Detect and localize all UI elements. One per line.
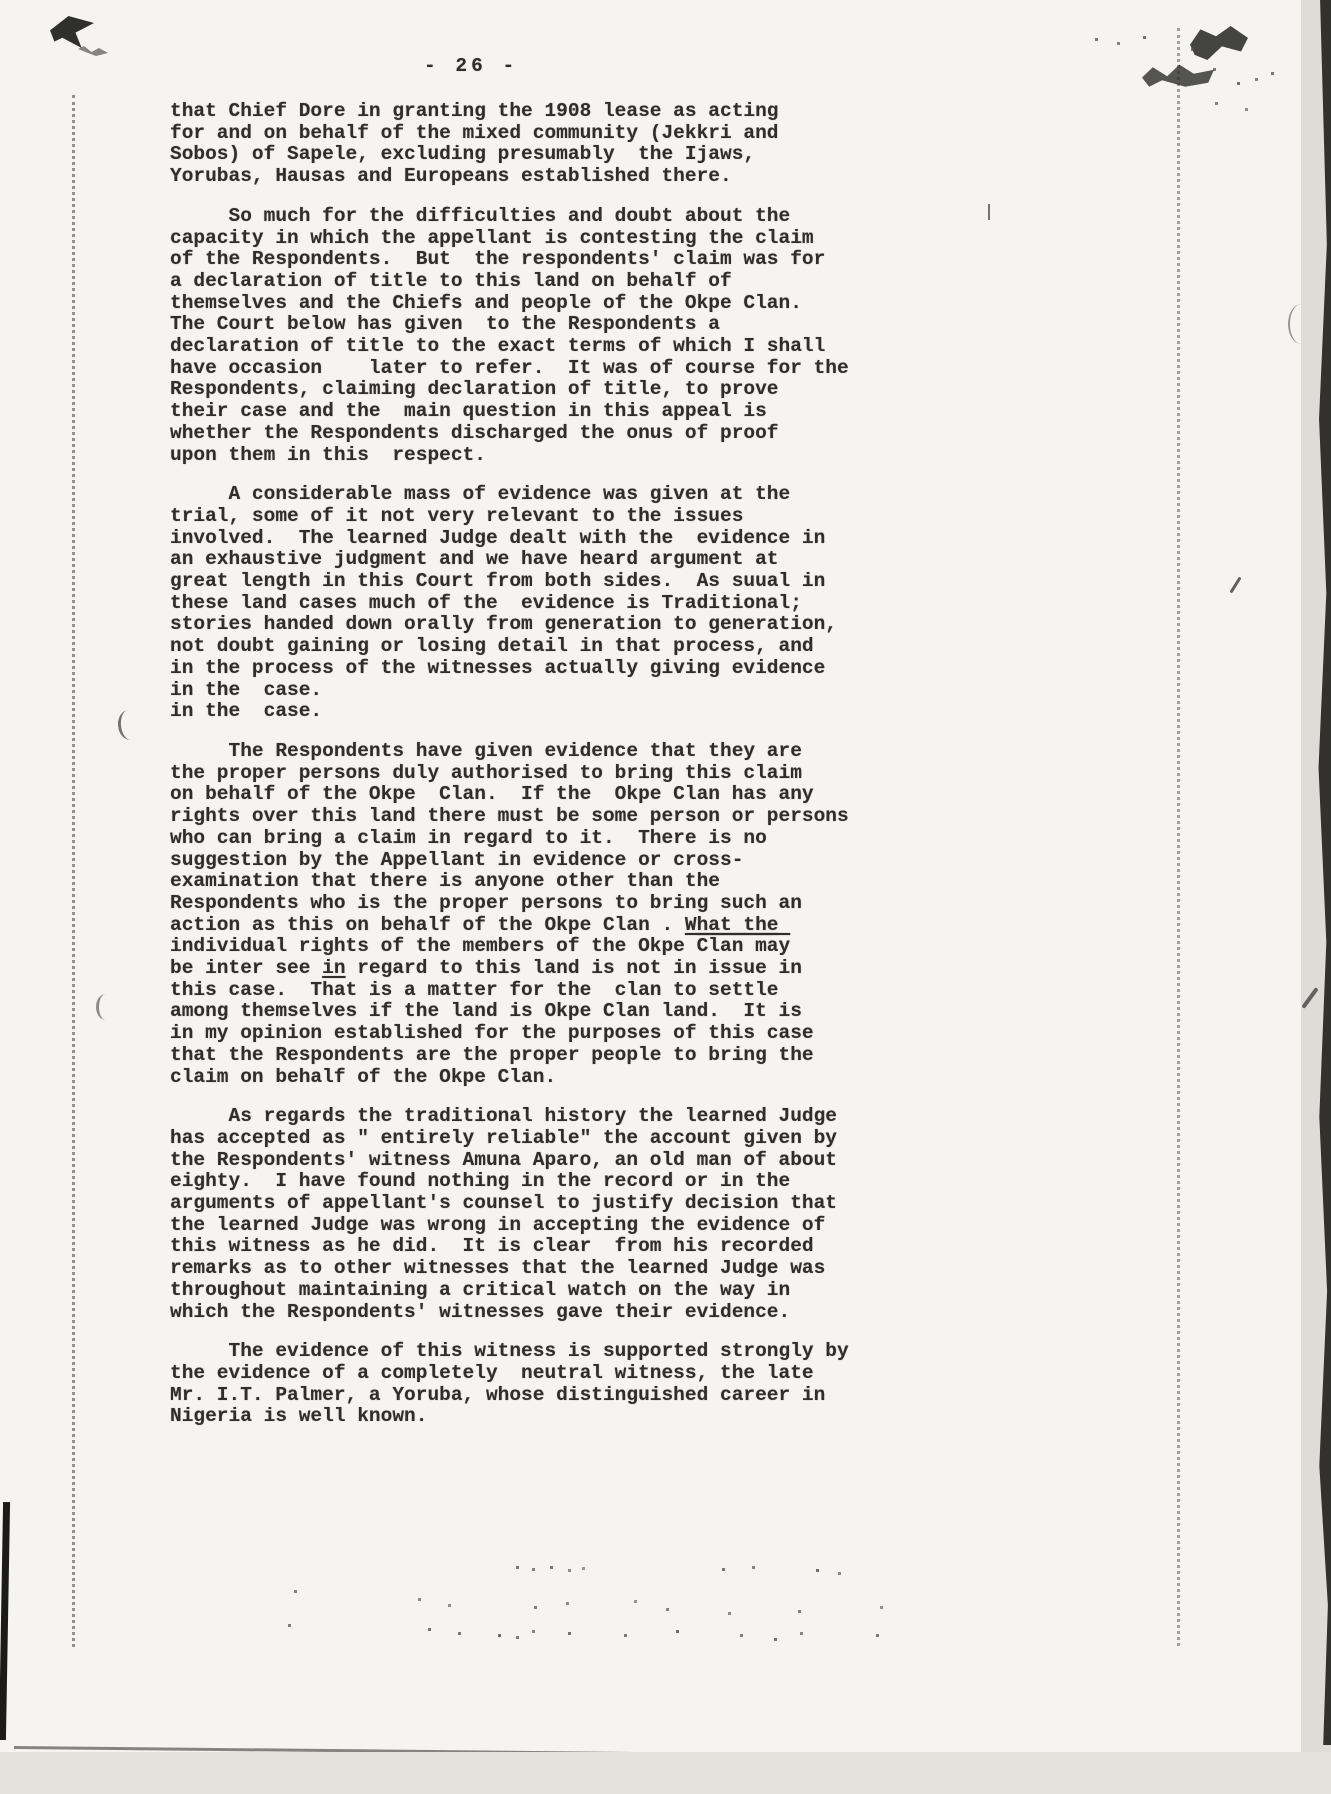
text-segment: A considerable mass of evidence was give…	[170, 483, 790, 505]
paragraph: The Respondents have given evidence that…	[170, 741, 849, 1088]
text-segment: stories handed down orally from generati…	[170, 613, 837, 635]
text-segment: this witness as he did. It is clear from…	[170, 1235, 814, 1257]
text-line: the proper persons duly authorised to br…	[170, 763, 849, 785]
emphasized-text: What the	[685, 914, 779, 936]
paragraph: As regards the traditional history the l…	[170, 1106, 849, 1323]
text-line: great length in this Court from both sid…	[170, 571, 849, 593]
text-segment: the Respondents' witness Amuna Aparo, an…	[170, 1149, 837, 1171]
text-line: upon them in this respect.	[170, 445, 849, 467]
text-line: claim on behalf of the Okpe Clan.	[170, 1067, 849, 1089]
text-segment: Mr. I.T. Palmer, a Yoruba, whose disting…	[170, 1384, 825, 1406]
text-segment: the proper persons duly authorised to br…	[170, 762, 802, 784]
text-line: these land cases much of the evidence is…	[170, 593, 849, 615]
text-line: So much for the difficulties and doubt a…	[170, 206, 849, 228]
text-line: a declaration of title to this land on b…	[170, 271, 849, 293]
text-segment: of the Respondents. But the respondents'…	[170, 248, 825, 270]
paragraph: The evidence of this witness is supporte…	[170, 1341, 849, 1428]
text-segment: suggestion by the Appellant in evidence …	[170, 849, 743, 871]
text-line: involved. The learned Judge dealt with t…	[170, 528, 849, 550]
text-segment: the evidence of a completely neutral wit…	[170, 1362, 814, 1384]
paragraph: that Chief Dore in granting the 1908 lea…	[170, 101, 849, 188]
text-line: Respondents, claiming declaration of tit…	[170, 379, 849, 401]
text-segment: not doubt gaining or losing detail in th…	[170, 635, 814, 657]
text-segment: in my opinion established for the purpos…	[170, 1022, 814, 1044]
text-segment: who can bring a claim in regard to it. T…	[170, 827, 767, 849]
text-line: A considerable mass of evidence was give…	[170, 484, 849, 506]
text-segment: Nigeria is well known.	[170, 1405, 427, 1427]
text-segment: on behalf of the Okpe Clan. If the Okpe …	[170, 783, 814, 805]
text-segment: the learned Judge was wrong in accepting…	[170, 1214, 825, 1236]
text-segment: trial, some of it not very relevant to t…	[170, 505, 743, 527]
text-segment: arguments of appellant's counsel to just…	[170, 1192, 837, 1214]
emphasized-text: in	[322, 957, 345, 979]
text-segment: throughout maintaining a critical watch …	[170, 1279, 790, 1301]
text-line: the Respondents' witness Amuna Aparo, an…	[170, 1150, 849, 1172]
text-segment: that Chief Dore in granting the 1908 lea…	[170, 100, 779, 122]
text-line: declaration of title to the exact terms …	[170, 336, 849, 358]
text-segment: The evidence of this witness is supporte…	[170, 1340, 849, 1362]
text-segment: eighty. I have found nothing in the reco…	[170, 1170, 790, 1192]
text-line: action as this on behalf of the Okpe Cla…	[170, 915, 849, 937]
document-body: that Chief Dore in granting the 1908 lea…	[170, 101, 849, 1446]
text-line: eighty. I have found nothing in the reco…	[170, 1171, 849, 1193]
text-segment: Respondents, claiming declaration of tit…	[170, 378, 779, 400]
text-segment: whether the Respondents discharged the o…	[170, 422, 779, 444]
paragraph: So much for the difficulties and doubt a…	[170, 206, 849, 466]
text-segment: action as this on behalf of the Okpe Cla…	[170, 914, 685, 936]
emphasized-text: Clan may	[697, 935, 791, 957]
text-line: in the case.	[170, 701, 849, 723]
text-segment: capacity in which the appellant is conte…	[170, 227, 814, 249]
text-segment: individual rights of the members of the …	[170, 935, 697, 957]
text-line: in the case.	[170, 680, 849, 702]
text-line: for and on behalf of the mixed community…	[170, 123, 849, 145]
text-line: that Chief Dore in granting the 1908 lea…	[170, 101, 849, 123]
text-segment: for and on behalf of the mixed community…	[170, 122, 779, 144]
text-line: this case. That is a matter for the clan…	[170, 980, 849, 1002]
scanned-document: { "page": { "number_display": "- 26 -", …	[0, 0, 1331, 1794]
text-segment: declaration of title to the exact terms …	[170, 335, 825, 357]
text-segment: themselves and the Chiefs and people of …	[170, 292, 802, 314]
text-line: The evidence of this witness is supporte…	[170, 1341, 849, 1363]
text-segment: Yorubas, Hausas and Europeans establishe…	[170, 165, 732, 187]
text-line: among themselves if the land is Okpe Cla…	[170, 1001, 849, 1023]
text-line: remarks as to other witnesses that the l…	[170, 1258, 849, 1280]
text-line: rights over this land there must be some…	[170, 806, 849, 828]
text-line: of the Respondents. But the respondents'…	[170, 249, 849, 271]
text-segment: As regards the traditional history the l…	[170, 1105, 837, 1127]
text-segment: among themselves if the land is Okpe Cla…	[170, 1000, 802, 1022]
text-line: throughout maintaining a critical watch …	[170, 1280, 849, 1302]
text-line: have occasion later to refer. It was of …	[170, 358, 849, 380]
text-segment: in the case.	[170, 700, 322, 722]
text-line: their case and the main question in this…	[170, 401, 849, 423]
text-line: stories handed down orally from generati…	[170, 614, 849, 636]
scan-background-bottom	[0, 1752, 1331, 1794]
text-line: not doubt gaining or losing detail in th…	[170, 636, 849, 658]
text-segment: involved. The learned Judge dealt with t…	[170, 527, 825, 549]
text-line: Mr. I.T. Palmer, a Yoruba, whose disting…	[170, 1385, 849, 1407]
text-line: in my opinion established for the purpos…	[170, 1023, 849, 1045]
text-segment: rights over this land there must be some…	[170, 805, 849, 827]
text-segment: which the Respondents' witnesses gave th…	[170, 1301, 790, 1323]
text-segment: remarks as to other witnesses that the l…	[170, 1257, 825, 1279]
text-line: has accepted as " entirely reliable" the…	[170, 1128, 849, 1150]
text-line: who can bring a claim in regard to it. T…	[170, 828, 849, 850]
page-number: - 26 -	[424, 55, 518, 77]
text-line: the evidence of a completely neutral wit…	[170, 1363, 849, 1385]
text-line: themselves and the Chiefs and people of …	[170, 293, 849, 315]
text-line: The Court below has given to the Respond…	[170, 314, 849, 336]
text-segment: these land cases much of the evidence is…	[170, 592, 802, 614]
text-segment: great length in this Court from both sid…	[170, 570, 825, 592]
text-segment: So much for the difficulties and doubt a…	[170, 205, 790, 227]
text-line: this witness as he did. It is clear from…	[170, 1236, 849, 1258]
text-segment: examination that there is anyone other t…	[170, 870, 720, 892]
text-line: on behalf of the Okpe Clan. If the Okpe …	[170, 784, 849, 806]
text-segment: The Court below has given to the Respond…	[170, 313, 720, 335]
text-segment: this case. That is a matter for the clan…	[170, 979, 779, 1001]
text-segment: their case and the main question in this…	[170, 400, 767, 422]
text-line: capacity in which the appellant is conte…	[170, 228, 849, 250]
document-page: - 26 - that Chief Dore in granting the 1…	[0, 0, 1318, 1758]
paragraph: A considerable mass of evidence was give…	[170, 484, 849, 723]
text-line: which the Respondents' witnesses gave th…	[170, 1302, 849, 1324]
text-line: examination that there is anyone other t…	[170, 871, 849, 893]
text-line: whether the Respondents discharged the o…	[170, 423, 849, 445]
text-segment: Respondents who is the proper persons to…	[170, 892, 802, 914]
text-line: that the Respondents are the proper peop…	[170, 1045, 849, 1067]
text-segment: in the case.	[170, 679, 322, 701]
text-line: As regards the traditional history the l…	[170, 1106, 849, 1128]
text-line: Respondents who is the proper persons to…	[170, 893, 849, 915]
text-line: Nigeria is well known.	[170, 1406, 849, 1428]
text-line: be inter see in regard to this land is n…	[170, 958, 849, 980]
text-line: Yorubas, Hausas and Europeans establishe…	[170, 166, 849, 188]
text-segment: be inter see	[170, 957, 322, 979]
text-line: trial, some of it not very relevant to t…	[170, 506, 849, 528]
text-segment: an exhaustive judgment and we have heard…	[170, 548, 779, 570]
text-segment: has accepted as " entirely reliable" the…	[170, 1127, 837, 1149]
text-segment: claim on behalf of the Okpe Clan.	[170, 1066, 556, 1088]
text-line: the learned Judge was wrong in accepting…	[170, 1215, 849, 1237]
text-segment: upon them in this respect.	[170, 444, 486, 466]
text-line: suggestion by the Appellant in evidence …	[170, 850, 849, 872]
text-segment: have occasion later to refer. It was of …	[170, 357, 849, 379]
text-line: an exhaustive judgment and we have heard…	[170, 549, 849, 571]
text-segment: that the Respondents are the proper peop…	[170, 1044, 814, 1066]
text-segment: The Respondents have given evidence that…	[170, 740, 802, 762]
text-segment: a declaration of title to this land on b…	[170, 270, 732, 292]
text-segment: regard to this land is not in issue in	[346, 957, 802, 979]
text-line: arguments of appellant's counsel to just…	[170, 1193, 849, 1215]
text-line: in the process of the witnesses actually…	[170, 658, 849, 680]
text-segment: Sobos) of Sapele, excluding presumably t…	[170, 143, 755, 165]
text-segment: in the process of the witnesses actually…	[170, 657, 825, 679]
text-line: individual rights of the members of the …	[170, 936, 849, 958]
text-line: Sobos) of Sapele, excluding presumably t…	[170, 144, 849, 166]
text-line: The Respondents have given evidence that…	[170, 741, 849, 763]
